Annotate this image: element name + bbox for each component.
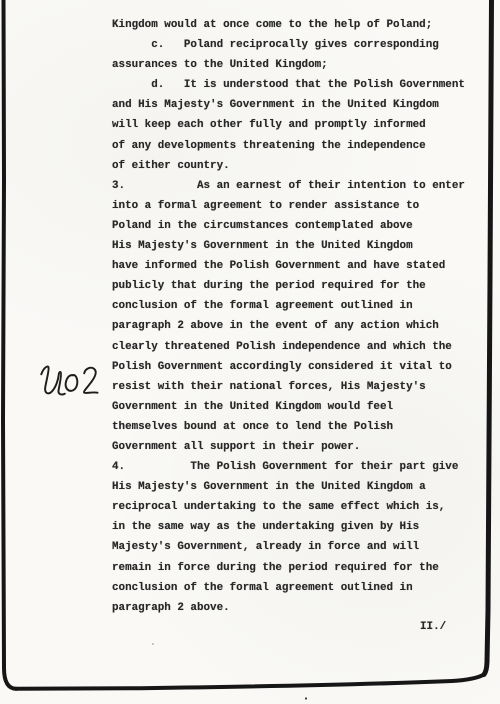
- text-line: Poland in the circumstances contemplated…: [112, 216, 484, 236]
- text-line: paragraph 2 above in the event of any ac…: [112, 316, 484, 336]
- text-line: Government all support in their power.: [112, 437, 484, 457]
- text-line: will keep each other fully and promptly …: [112, 115, 484, 135]
- text-line: paragraph 2 above.: [112, 598, 484, 618]
- text-line: d. It is understood that the Polish Gove…: [112, 75, 484, 95]
- text-line: remain in force during the period requir…: [112, 558, 484, 578]
- text-line: Government in the United Kingdom would f…: [112, 397, 484, 417]
- text-line: in the same way as the undertaking given…: [112, 517, 484, 537]
- text-line: Polish Government accordingly considered…: [112, 357, 484, 377]
- continuation-marker: II./: [420, 617, 446, 637]
- document-page: Kingdom would at once come to the help o…: [0, 0, 500, 704]
- text-line: clearly threatened Polish independence a…: [112, 337, 484, 357]
- text-line: have informed the Polish Government and …: [112, 256, 484, 276]
- text-line: themselves bound at once to lend the Pol…: [112, 417, 484, 437]
- typed-text-block: Kingdom would at once come to the help o…: [112, 15, 484, 618]
- text-line: His Majesty's Government in the United K…: [112, 236, 484, 256]
- text-line: publicly that during the period required…: [112, 276, 484, 296]
- text-line: c. Poland reciprocally gives correspondi…: [112, 35, 484, 55]
- text-line: reciprocal undertaking to the same effec…: [112, 497, 484, 517]
- text-line: and His Majesty's Government in the Unit…: [112, 95, 484, 115]
- text-line: of any developments threatening the inde…: [112, 136, 484, 156]
- text-line: conclusion of the formal agreement outli…: [112, 578, 484, 598]
- text-line: 4. The Polish Government for their part …: [112, 457, 484, 477]
- text-line: of either country.: [112, 156, 484, 176]
- text-line: assurances to the United Kingdom;: [112, 55, 484, 75]
- text-line: His Majesty's Government in the United K…: [112, 477, 484, 497]
- handwritten-annotation: [38, 360, 110, 406]
- text-line: resist with their national forces, His M…: [112, 377, 484, 397]
- text-line: 3. As an earnest of their intention to e…: [112, 176, 484, 196]
- text-line: Kingdom would at once come to the help o…: [112, 15, 484, 35]
- text-line: Majesty's Government, already in force a…: [112, 537, 484, 557]
- text-line: conclusion of the formal agreement outli…: [112, 296, 484, 316]
- text-line: into a formal agreement to render assist…: [112, 196, 484, 216]
